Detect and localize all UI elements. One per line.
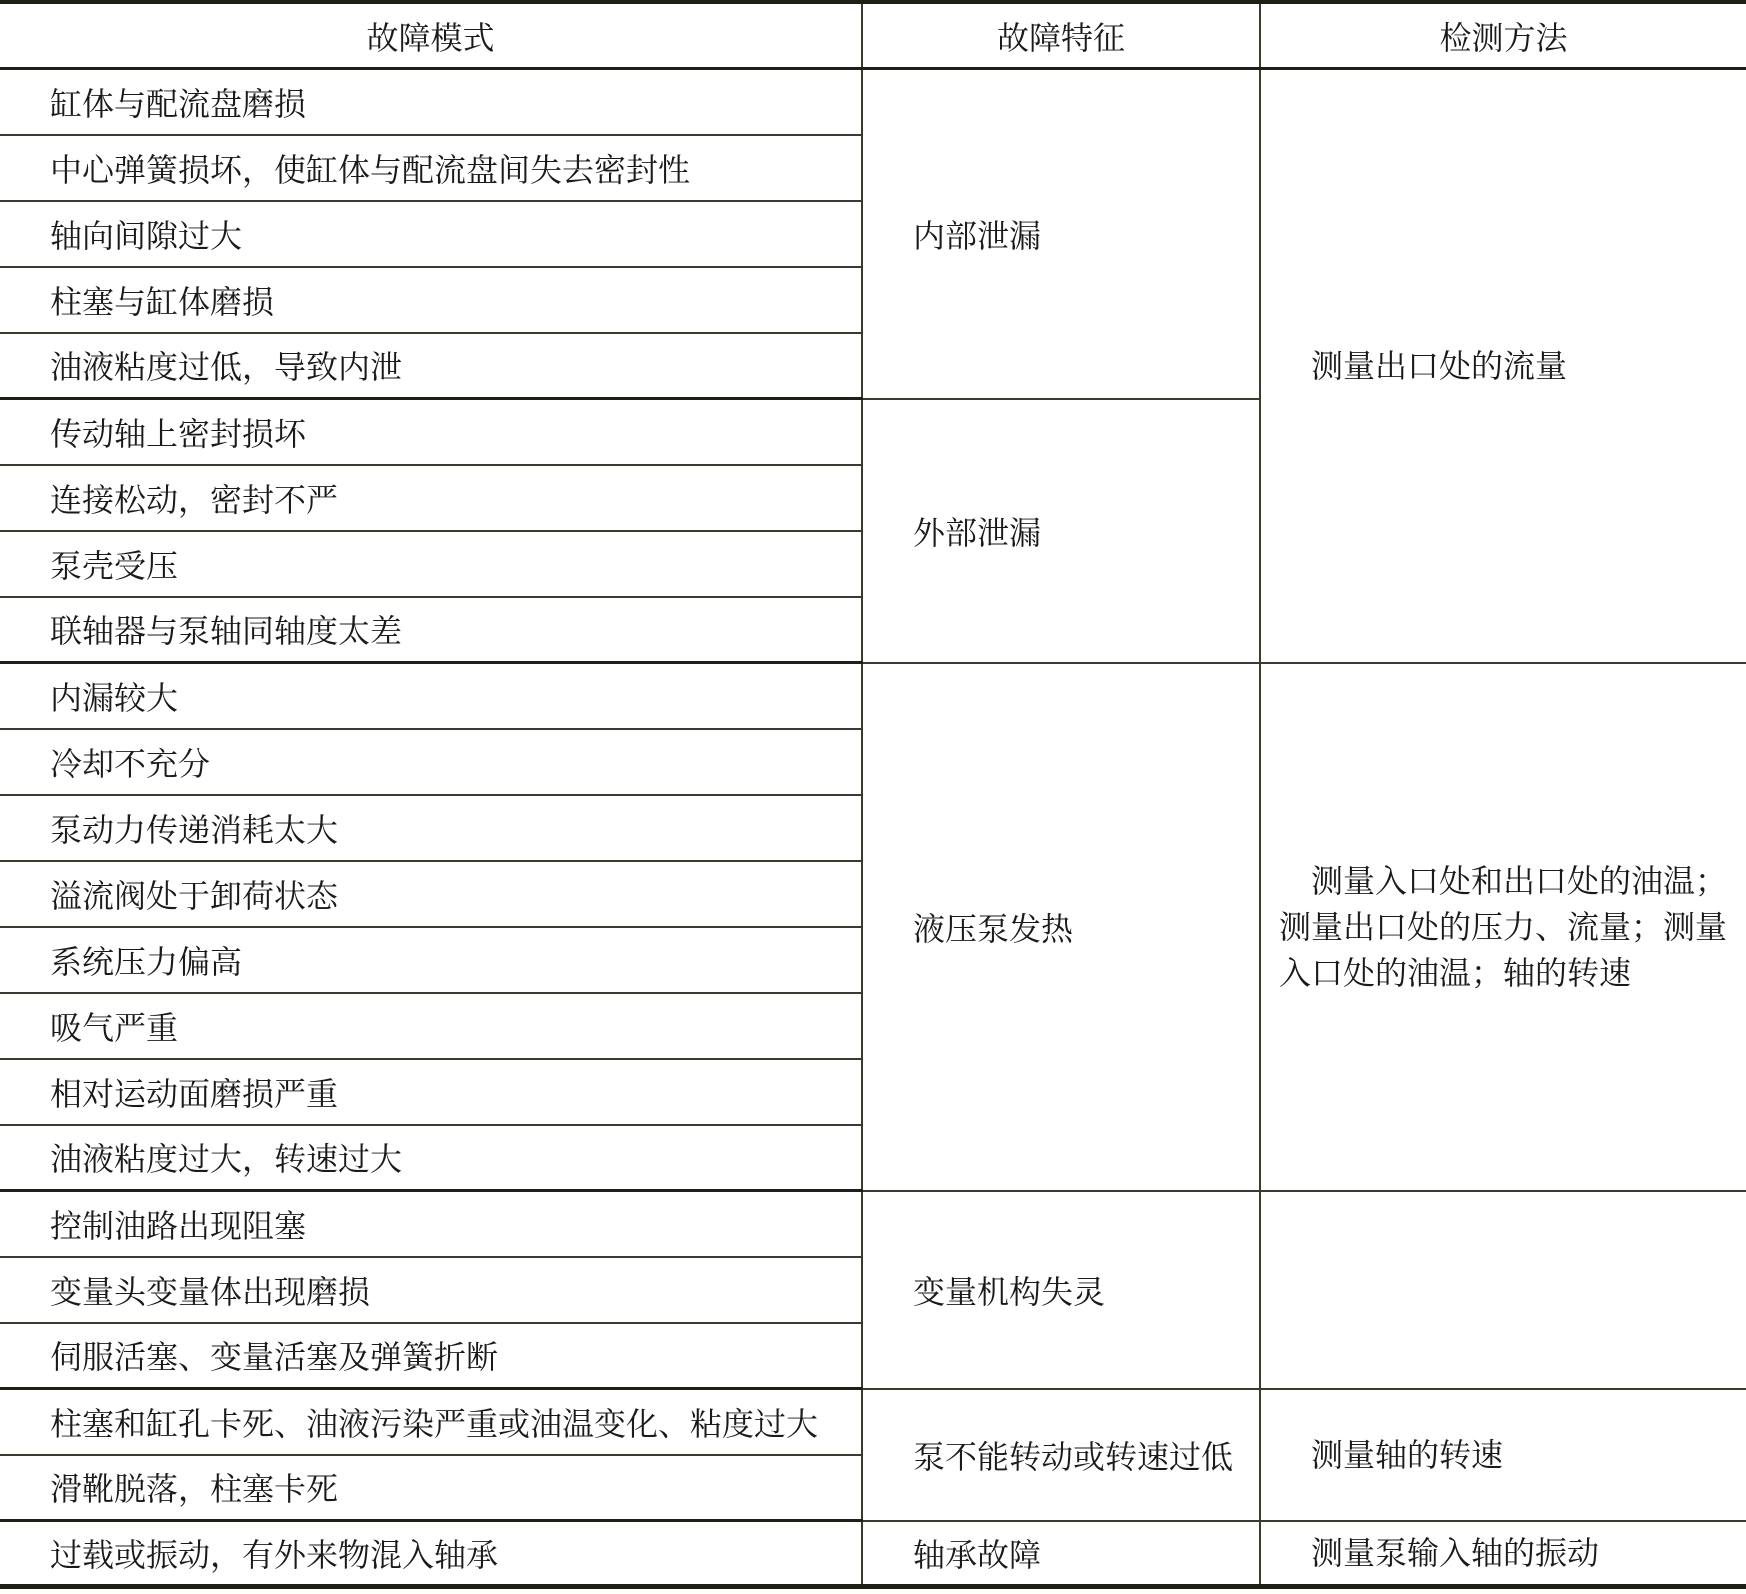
header-fault-mode: 故障模式: [0, 2, 862, 69]
fault-mode-cell: 柱塞与缸体磨损: [0, 267, 862, 333]
fault-mode-cell: 泵动力传递消耗太大: [0, 795, 862, 861]
fault-mode-cell: 轴向间隙过大: [0, 201, 862, 267]
fault-mode-cell: 变量头变量体出现磨损: [0, 1257, 862, 1323]
fault-mode-cell: 伺服活塞、变量活塞及弹簧折断: [0, 1323, 862, 1389]
fault-mode-cell: 相对运动面磨损严重: [0, 1059, 862, 1125]
fault-mode-cell: 控制油路出现阻塞: [0, 1191, 862, 1257]
fault-mode-cell: 吸气严重: [0, 993, 862, 1059]
fault-mode-cell: 柱塞和缸孔卡死、油液污染严重或油温变化、粘度过大: [0, 1389, 862, 1455]
table-row: 缸体与配流盘磨损 内部泄漏 测量出口处的流量: [0, 69, 1746, 135]
fault-mode-cell: 连接松动，密封不严: [0, 465, 862, 531]
fault-mode-cell: 滑靴脱落，柱塞卡死: [0, 1455, 862, 1521]
fault-mode-cell: 溢流阀处于卸荷状态: [0, 861, 862, 927]
fault-mode-cell: 内漏较大: [0, 663, 862, 729]
fault-mode-cell: 系统压力偏高: [0, 927, 862, 993]
fault-mode-cell: 联轴器与泵轴同轴度太差: [0, 597, 862, 663]
table-row: 内漏较大 液压泵发热 测量入口处和出口处的油温；测量出口处的压力、流量；测量入口…: [0, 663, 1746, 729]
detection-method-cell: 测量轴的转速: [1260, 1389, 1746, 1521]
detection-method-cell: 测量出口处的流量: [1260, 69, 1746, 663]
fault-feature-cell: 外部泄漏: [862, 399, 1260, 663]
fault-mode-cell: 冷却不充分: [0, 729, 862, 795]
fault-feature-cell: 轴承故障: [862, 1521, 1260, 1587]
fault-mode-cell: 中心弹簧损坏，使缸体与配流盘间失去密封性: [0, 135, 862, 201]
fault-mode-cell: 过载或振动，有外来物混入轴承: [0, 1521, 862, 1587]
fault-mode-cell: 缸体与配流盘磨损: [0, 69, 862, 135]
fault-mode-cell: 泵壳受压: [0, 531, 862, 597]
table-row: 过载或振动，有外来物混入轴承 轴承故障 测量泵输入轴的振动: [0, 1521, 1746, 1587]
fault-mode-cell: 油液粘度过低，导致内泄: [0, 333, 862, 399]
fault-feature-cell: 变量机构失灵: [862, 1191, 1260, 1389]
fault-feature-cell: 泵不能转动或转速过低: [862, 1389, 1260, 1521]
header-fault-feature: 故障特征: [862, 2, 1260, 69]
document-page: 故障模式 故障特征 检测方法 缸体与配流盘磨损 内部泄漏 测量出口处的流量 中心…: [0, 0, 1746, 1594]
fault-mode-cell: 油液粘度过大，转速过大: [0, 1125, 862, 1191]
fault-mode-table: 故障模式 故障特征 检测方法 缸体与配流盘磨损 内部泄漏 测量出口处的流量 中心…: [0, 0, 1746, 1589]
fault-mode-cell: 传动轴上密封损坏: [0, 399, 862, 465]
table-row: 柱塞和缸孔卡死、油液污染严重或油温变化、粘度过大 泵不能转动或转速过低 测量轴的…: [0, 1389, 1746, 1455]
detection-method-cell: 测量入口处和出口处的油温；测量出口处的压力、流量；测量入口处的油温；轴的转速: [1260, 663, 1746, 1191]
table-row: 控制油路出现阻塞 变量机构失灵: [0, 1191, 1746, 1257]
fault-feature-cell: 内部泄漏: [862, 69, 1260, 399]
detection-method-cell: 测量泵输入轴的振动: [1260, 1521, 1746, 1587]
detection-method-cell: [1260, 1191, 1746, 1389]
fault-feature-cell: 液压泵发热: [862, 663, 1260, 1191]
header-row: 故障模式 故障特征 检测方法: [0, 2, 1746, 69]
header-detection-method: 检测方法: [1260, 2, 1746, 69]
